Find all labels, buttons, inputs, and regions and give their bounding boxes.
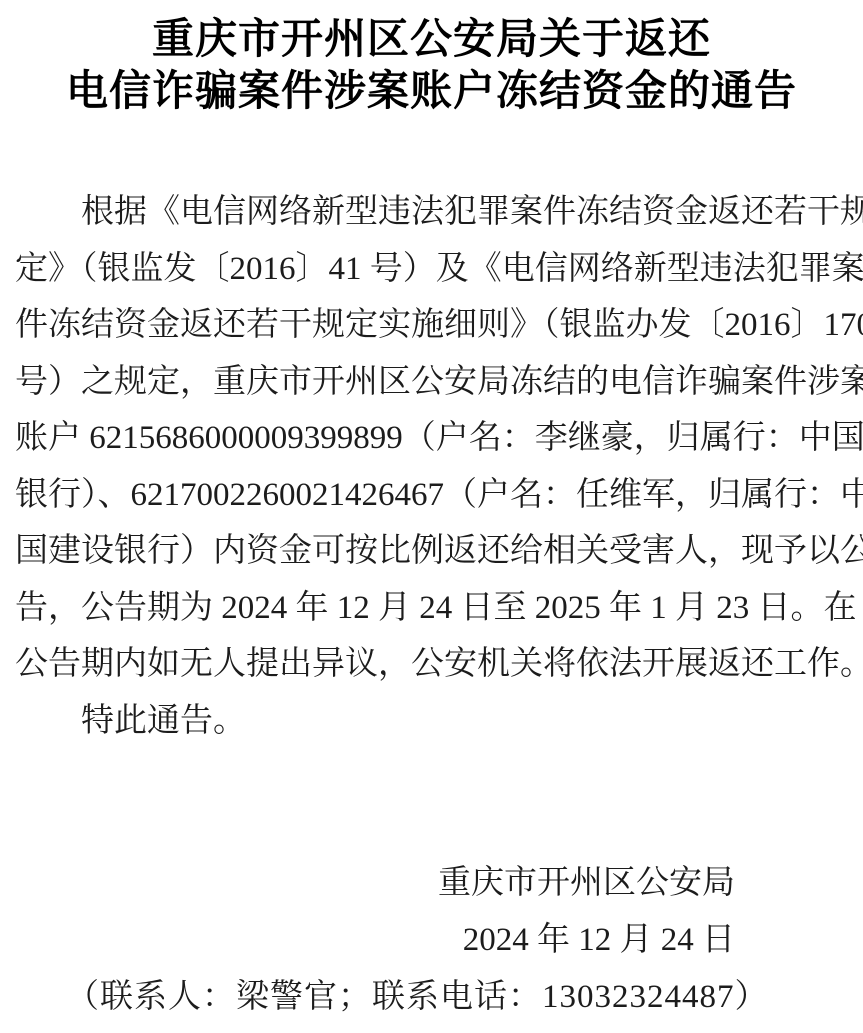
body-line-1: 根据《电信网络新型违法犯罪案件冻结资金返还若干规 — [15, 184, 847, 241]
page-title: 重庆市开州区公安局关于返还 电信诈骗案件涉案账户冻结资金的通告 — [6, 14, 857, 118]
body-line-2: 定》（银监发〔2016〕41 号）及《电信网络新型违法犯罪案 — [15, 241, 847, 298]
body-line-3: 件冻结资金返还若干规定实施细则》（银监办发〔2016〕170 — [15, 297, 847, 354]
signature-agency: 重庆市开州区公安局 — [0, 855, 863, 912]
signature-contact: （联系人：梁警官；联系电话：13032324487） — [0, 969, 863, 1026]
body-line-5: 账户 6215686000009399899（户名：李继豪，归属行：中国 — [15, 410, 847, 467]
title-line-2: 电信诈骗案件涉案账户冻结资金的通告 — [6, 66, 857, 118]
body-line-8: 告，公告期为 2024 年 12 月 24 日至 2025 年 1 月 23 日… — [15, 580, 847, 637]
title-line-1: 重庆市开州区公安局关于返还 — [6, 14, 857, 66]
body-line-9: 公告期内如无人提出异议，公安机关将依法开展返还工作。 — [15, 636, 847, 693]
closing-line: 特此通告。 — [15, 693, 847, 750]
notice-document-page: 重庆市开州区公安局关于返还 电信诈骗案件涉案账户冻结资金的通告 根据《电信网络新… — [0, 0, 863, 1033]
notice-body: 根据《电信网络新型违法犯罪案件冻结资金返还若干规 定》（银监发〔2016〕41 … — [15, 184, 847, 749]
signature-date: 2024 年 12 月 24 日 — [0, 912, 863, 969]
signature-block: 重庆市开州区公安局 2024 年 12 月 24 日 （联系人：梁警官；联系电话… — [0, 855, 863, 1026]
body-line-6: 银行）、6217002260021426467（户名：任维军，归属行：中 — [15, 467, 847, 524]
body-line-4: 号）之规定，重庆市开州区公安局冻结的电信诈骗案件涉案 — [15, 354, 847, 411]
body-line-7: 国建设银行）内资金可按比例返还给相关受害人，现予以公 — [15, 523, 847, 580]
